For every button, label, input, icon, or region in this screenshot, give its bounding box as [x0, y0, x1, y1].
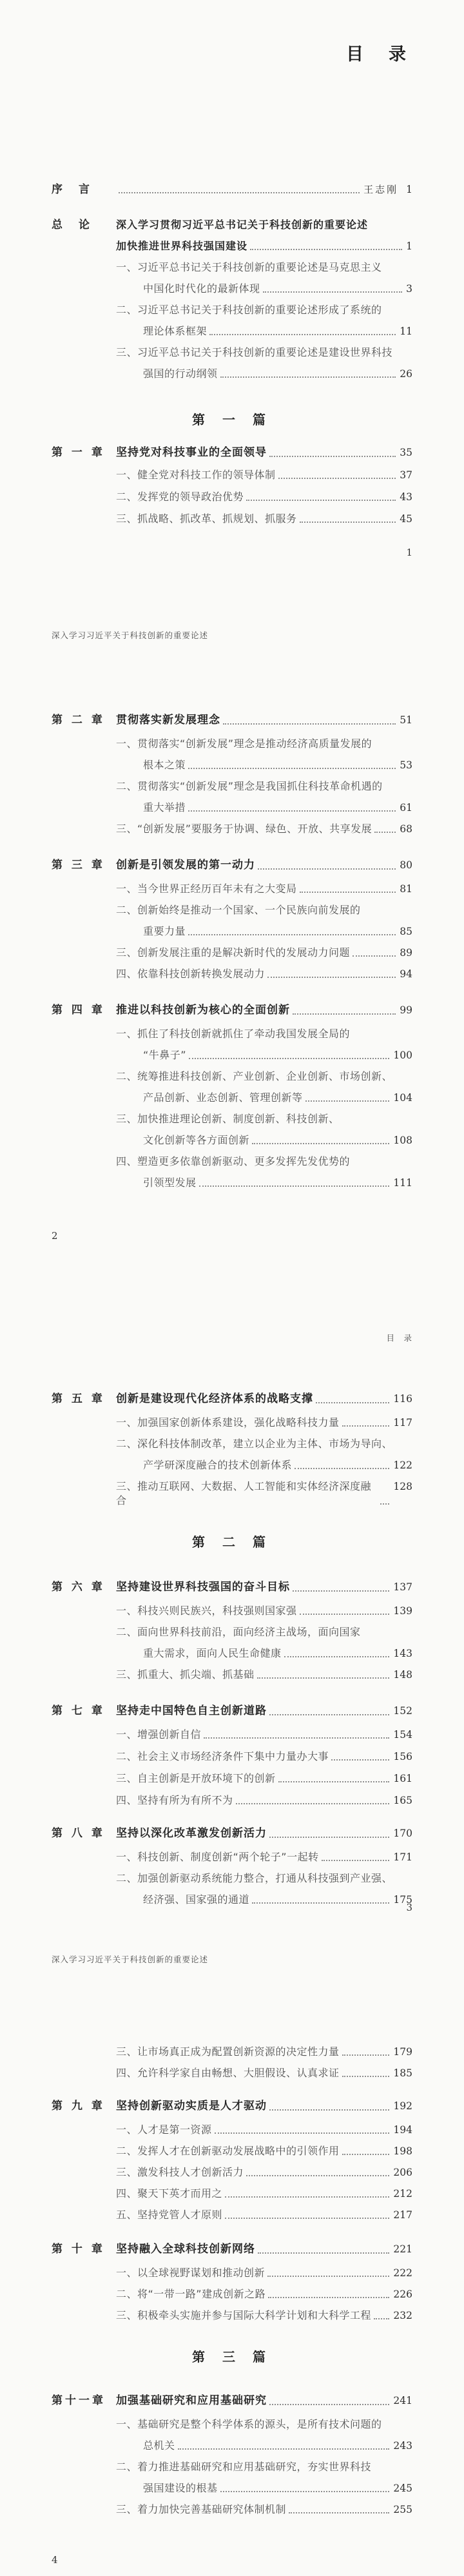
- toc-item-continuation: 总机关 243: [52, 2439, 412, 2453]
- chapter-title: 坚持走中国特色自主创新道路: [116, 1703, 267, 1719]
- toc-item: 一、科技创新、制度创新“两个轮子”一起转 171: [52, 1850, 412, 1864]
- folio-page-number: 1: [406, 547, 412, 558]
- toc-item: 三、自主创新是开放环境下的创新 161: [52, 1771, 412, 1786]
- toc-item: 三、抓重大、抓尖端、抓基础 148: [52, 1668, 412, 1682]
- part-heading-1: 第 一 篇: [52, 410, 412, 429]
- page-number: 212: [393, 2187, 412, 2201]
- chapter-label: 第 十 章: [52, 2241, 116, 2257]
- author-name: 王志刚: [363, 182, 398, 197]
- toc-page-1: 序 言 王志刚 1 总 论 深入学习贯彻习近平总书记关于科技创新的重要论述 加快…: [0, 0, 464, 638]
- toc-item: 二、发挥党的领导政治优势 43: [52, 490, 412, 504]
- page-number: 137: [393, 1579, 412, 1595]
- dot-leader: [284, 1656, 390, 1657]
- page-number: 221: [393, 2241, 412, 2257]
- page-number: 128: [393, 1479, 412, 1494]
- page-number: 161: [393, 1771, 412, 1786]
- toc-item: 一、基础研究是整个科学体系的源头，是所有技术问题的: [52, 2417, 412, 2432]
- dot-leader: [300, 892, 396, 893]
- toc-item: 三、激发科技人才创新活力 206: [52, 2165, 412, 2180]
- running-header: 目 录: [52, 1333, 412, 1343]
- page-number: 179: [393, 2045, 412, 2059]
- page-number: 99: [400, 1002, 412, 1018]
- page-number: 232: [393, 2308, 412, 2323]
- toc-item: 一、人才是第一资源 194: [52, 2123, 412, 2137]
- page-number: 100: [393, 1048, 412, 1062]
- toc-item: 二、习近平总书记关于科技创新的重要论述形成了系统的: [52, 303, 412, 317]
- toc-item: 一、抓住了科技创新就抓住了牵动我国发展全局的: [52, 1027, 412, 1041]
- dot-leader: [267, 2276, 389, 2277]
- dot-leader: [269, 2109, 389, 2111]
- dot-leader: [269, 1837, 389, 1838]
- dot-leader: [246, 500, 396, 501]
- chapter-label: 第 八 章: [52, 1826, 116, 1841]
- dot-leader: [269, 1714, 389, 1715]
- dot-leader: [199, 1186, 390, 1187]
- toc-item: 一、科技兴则民族兴，科技强则国家强 139: [52, 1604, 412, 1618]
- page-number: 111: [393, 1176, 412, 1190]
- page-number: 3: [406, 282, 412, 296]
- dot-leader: [178, 2448, 390, 2450]
- dot-leader: [293, 1590, 389, 1592]
- preface-label: 序 言: [52, 182, 116, 197]
- dot-leader: [204, 1737, 389, 1739]
- toc-item: 一、当今世界正经历百年未有之大变局 81: [52, 882, 412, 896]
- page-number: 206: [393, 2165, 412, 2180]
- page-number: 68: [400, 822, 412, 836]
- toc-item-continuation: 重大举措 61: [52, 801, 412, 815]
- preface-entry: 序 言 王志刚 1: [52, 182, 412, 197]
- page-number: 171: [393, 1850, 412, 1864]
- toc-item: 三、积极牵头实施并参与国际大科学计划和大科学工程 232: [52, 2308, 412, 2323]
- chapter-title: 推进以科技创新为核心的全面创新: [116, 1002, 290, 1018]
- page-number: 89: [400, 946, 412, 960]
- page-number: 156: [393, 1750, 412, 1764]
- running-header: 深入学习习近平关于科技创新的重要论述: [52, 1955, 412, 1965]
- page-number: 217: [393, 2208, 412, 2222]
- page-number: 51: [400, 712, 412, 728]
- page-number: 245: [393, 2481, 412, 2495]
- toc-item-continuation: 重要力量 85: [52, 924, 412, 939]
- toc-item: 四、塑造更多依靠创新驱动、更多发挥先发优势的: [52, 1155, 412, 1169]
- toc-item: 二、创新始终是推动一个国家、一个民族向前发展的: [52, 903, 412, 917]
- page-number: 194: [393, 2123, 412, 2137]
- toc-item: 一、习近平总书记关于科技创新的重要论述是马克思主义: [52, 260, 412, 275]
- chapter-title: 加强基础研究和应用基础研究: [116, 2393, 267, 2408]
- dot-leader: [342, 2054, 390, 2056]
- toc-item: 四、允许科学家自由畅想、大胆假设、认真求证 185: [52, 2066, 412, 2080]
- toc-item-continuation: 产品创新、业态创新、管理创新等 104: [52, 1091, 412, 1105]
- chapter-entry: 第 九 章 坚持创新驱动实质是人才驱动 192: [52, 2098, 412, 2114]
- dot-leader: [225, 2218, 389, 2219]
- dot-leader: [225, 2196, 389, 2198]
- dot-leader: [252, 1902, 389, 1904]
- dot-leader: [220, 376, 396, 378]
- chapter-entry: 第 七 章 坚持走中国特色自主创新道路 152: [52, 1703, 412, 1719]
- dot-leader: [189, 1058, 389, 1059]
- page-number: 139: [393, 1604, 412, 1618]
- chapter-title: 坚持以深化改革激发创新活力: [116, 1826, 267, 1841]
- page-number: 37: [400, 468, 412, 482]
- page-number: 80: [400, 857, 412, 873]
- part-heading-3: 第 三 篇: [52, 2347, 412, 2366]
- toc-item: 二、将“一带一路”建成创新之路 226: [52, 2287, 412, 2301]
- chapter-label: 第 七 章: [52, 1703, 116, 1719]
- dot-leader: [250, 249, 402, 250]
- chapter-title: 创新是建设现代化经济体系的战略支撑: [116, 1391, 313, 1407]
- dot-leader: [342, 1425, 390, 1427]
- folio-page-number: 3: [406, 1902, 412, 1913]
- toc-item: 二、发挥人才在创新驱动发展战略中的引领作用 198: [52, 2144, 412, 2158]
- dot-leader: [220, 2491, 390, 2492]
- dot-leader: [269, 2404, 389, 2405]
- toc-item-continuation: 引领型发展 111: [52, 1176, 412, 1190]
- toc-item: 三、抓战略、抓改革、抓规划、抓服务 45: [52, 512, 412, 526]
- toc-item: 一、以全球视野谋划和推动创新 222: [52, 2266, 412, 2280]
- chapter-label: 第 九 章: [52, 2098, 116, 2114]
- toc-item: 一、贯彻落实“创新发展”理念是推动经济高质量发展的: [52, 737, 412, 751]
- page-number: 45: [400, 512, 412, 526]
- page-number: 43: [400, 490, 412, 504]
- page-number: 198: [393, 2144, 412, 2158]
- dot-leader: [258, 2252, 389, 2254]
- dot-leader: [374, 2318, 389, 2319]
- dot-leader: [342, 2076, 390, 2077]
- chapter-entry: 第 五 章 创新是建设现代化经济体系的战略支撑 116: [52, 1391, 412, 1407]
- page-number: 170: [393, 1826, 412, 1841]
- chapter-label: 第 一 章: [52, 445, 116, 460]
- chapter-label: 第 五 章: [52, 1391, 116, 1407]
- folio-page-number: 2: [52, 1230, 58, 1242]
- dot-leader: [269, 456, 396, 457]
- toc-item: 一、健全党对科技工作的领导体制 37: [52, 468, 412, 482]
- toc-item: 四、依靠科技创新转换发展动力 94: [52, 967, 412, 981]
- toc-item: 二、加强创新驱动系统能力整合，打通从科技强到产业强、: [52, 1871, 412, 1886]
- chapter-title: 坚持建设世界科技强国的奋斗目标: [116, 1579, 290, 1595]
- dot-leader: [278, 478, 396, 479]
- toc-item: 一、加强国家创新体系建设，强化战略科技力量 117: [52, 1416, 412, 1430]
- chapter-entry: 第 一 章 坚持党对科技事业的全面领导 35: [52, 445, 412, 460]
- page-number: 255: [393, 2503, 412, 2517]
- chapter-entry: 第 四 章 推进以科技创新为核心的全面创新 99: [52, 1002, 412, 1018]
- toc-item: 三、习近平总书记关于科技创新的重要论述是建设世界科技: [52, 346, 412, 360]
- overview-entry-continuation: 加快推进世界科技强国建设 1: [52, 239, 412, 253]
- page-number: 222: [393, 2266, 412, 2280]
- dot-leader: [188, 768, 396, 769]
- dot-leader: [342, 2154, 390, 2155]
- page-number: 154: [393, 1728, 412, 1742]
- toc-item: 二、统筹推进科技创新、产业创新、企业创新、市场创新、: [52, 1069, 412, 1084]
- toc-item-continuation: 根本之策 53: [52, 758, 412, 772]
- chapter-label: 第 三 章: [52, 857, 116, 873]
- page-number: 26: [400, 367, 412, 381]
- chapter-entry: 第 三 章 创新是引领发展的第一动力 80: [52, 857, 412, 873]
- chapter-title: 创新是引领发展的第一动力: [116, 857, 255, 873]
- dot-leader: [295, 1468, 389, 1469]
- toc-item: 二、深化科技体制改革，建立以企业为主体、市场为导向、: [52, 1437, 412, 1451]
- chapter-label: 第 二 章: [52, 712, 116, 728]
- toc-item: 二、着力推进基础研究和应用基础研究，夯实世界科技: [52, 2460, 412, 2474]
- chapter-title: 坚持党对科技事业的全面领导: [116, 445, 267, 460]
- dot-leader: [258, 868, 396, 870]
- chapter-entry: 第 十 章 坚持融入全球科技创新网络 221: [52, 2241, 412, 2257]
- dot-leader: [246, 2175, 389, 2176]
- overview-title-line: 深入学习贯彻习近平总书记关于科技创新的重要论述: [116, 218, 368, 232]
- dot-leader: [188, 810, 396, 812]
- page-number: 116: [393, 1391, 412, 1407]
- dot-leader: [236, 1803, 390, 1804]
- dot-leader: [215, 2132, 390, 2134]
- page-number: 104: [393, 1091, 412, 1105]
- page-number: 241: [393, 2393, 412, 2408]
- page-number: 85: [400, 924, 412, 939]
- dot-leader: [293, 1013, 396, 1015]
- toc-item: 三、加快推进理论创新、制度创新、科技创新、: [52, 1112, 412, 1126]
- dot-leader: [263, 291, 403, 293]
- dot-leader: [316, 1402, 389, 1403]
- dot-leader: [300, 522, 396, 523]
- part-heading-2: 第 二 篇: [52, 1532, 412, 1552]
- dot-leader: [268, 2297, 389, 2298]
- dot-leader: [322, 1860, 390, 1861]
- overview-label: 总 论: [52, 218, 116, 232]
- page-number: 192: [393, 2098, 412, 2114]
- toc-item: 一、增强创新自信 154: [52, 1728, 412, 1742]
- dot-leader: [267, 977, 396, 978]
- dot-leader: [119, 192, 360, 193]
- chapter-entry: 第 六 章 坚持建设世界科技强国的奋斗目标 137: [52, 1579, 412, 1595]
- toc-item-continuation: 强国的行动纲领 26: [52, 367, 412, 381]
- toc-item-continuation: “牛鼻子” 100: [52, 1048, 412, 1062]
- dot-leader: [305, 1100, 390, 1102]
- page-number: 117: [393, 1416, 412, 1430]
- toc-item-continuation: 中国化时代化的最新体现 3: [52, 282, 412, 296]
- dot-leader: [209, 334, 396, 335]
- page-number: 243: [393, 2439, 412, 2453]
- page-number: 108: [393, 1133, 412, 1147]
- toc-page-2: 深入学习习近平关于科技创新的重要论述 第 二 章 贯彻落实新发展理念 51 一、…: [0, 630, 464, 1283]
- dot-leader: [353, 955, 396, 957]
- folio-page-number: 4: [52, 2554, 58, 2566]
- page-number: 81: [400, 882, 412, 896]
- page-number: 35: [400, 445, 412, 460]
- dot-leader: [257, 1677, 390, 1679]
- page-number: 11: [400, 324, 412, 338]
- toc-item-continuation: 重大需求，面向人民生命健康 143: [52, 1646, 412, 1661]
- page-number: 226: [393, 2287, 412, 2301]
- page-number: 185: [393, 2066, 412, 2080]
- toc-item: 三、着力加快完善基础研究体制机制 255: [52, 2503, 412, 2517]
- chapter-entry: 第十一章 加强基础研究和应用基础研究 241: [52, 2393, 412, 2408]
- page-number: 122: [393, 1458, 412, 1472]
- toc-item-continuation: 强国建设的根基 245: [52, 2481, 412, 2495]
- page-number: 165: [393, 1793, 412, 1808]
- toc-item: 三、“创新发展”要服务于协调、绿色、开放、共享发展 68: [52, 822, 412, 836]
- chapter-label: 第 四 章: [52, 1002, 116, 1018]
- page-number: 61: [400, 801, 412, 815]
- toc-page-4: 深入学习习近平关于科技创新的重要论述 三、让市场真正成为配置创新资源的决定性力量…: [0, 1955, 464, 2576]
- running-header: 深入学习习近平关于科技创新的重要论述: [52, 630, 412, 641]
- dot-leader: [289, 2512, 389, 2513]
- toc-item: 四、坚持有所为有所不为 165: [52, 1793, 412, 1808]
- page-number: 1: [406, 182, 412, 197]
- toc-item: 三、推动互联网、大数据、人工智能和实体经济深度融合 128: [52, 1479, 412, 1508]
- chapter-title: 贯彻落实新发展理念: [116, 712, 220, 728]
- toc-item: 四、聚天下英才而用之 212: [52, 2187, 412, 2201]
- page-number: 53: [400, 758, 412, 772]
- chapter-entry: 第 二 章 贯彻落实新发展理念 51: [52, 712, 412, 728]
- chapter-entry: 第 八 章 坚持以深化改革激发创新活力 170: [52, 1826, 412, 1841]
- toc-item-continuation: 理论体系框架 11: [52, 324, 412, 338]
- toc-item: 三、创新发展注重的是解决新时代的发展动力问题 89: [52, 946, 412, 960]
- toc-item-continuation: 经济强、国家强的通道 175: [52, 1893, 412, 1907]
- dot-leader: [188, 934, 396, 935]
- page-number: 1: [406, 239, 412, 253]
- dot-leader: [223, 723, 396, 725]
- chapter-label: 第 六 章: [52, 1579, 116, 1595]
- toc-item: 二、社会主义市场经济条件下集中力量办大事 156: [52, 1750, 412, 1764]
- toc-item-continuation: 文化创新等各方面创新 108: [52, 1133, 412, 1147]
- dot-leader: [278, 1781, 390, 1782]
- page-number: 94: [400, 967, 412, 981]
- chapter-title: 坚持创新驱动实质是人才驱动: [116, 2098, 267, 2114]
- toc-item: 五、坚持党管人才原则 217: [52, 2208, 412, 2222]
- dot-leader: [300, 1614, 390, 1615]
- toc-item: 三、让市场真正成为配置创新资源的决定性力量 179: [52, 2045, 412, 2059]
- chapter-title: 坚持融入全球科技创新网络: [116, 2241, 255, 2257]
- page-number: 143: [393, 1646, 412, 1661]
- page-number: 148: [393, 1668, 412, 1682]
- toc-page-3: 目 录 第 五 章 创新是建设现代化经济体系的战略支撑 116 一、加强国家创新…: [0, 1333, 464, 1952]
- dot-leader: [331, 1759, 389, 1761]
- dot-leader: [252, 1143, 389, 1144]
- overview-entry: 总 论 深入学习贯彻习近平总书记关于科技创新的重要论述: [52, 218, 412, 232]
- dot-leader: [374, 832, 396, 833]
- toc-item-continuation: 产学研深度融合的技术创新体系 122: [52, 1458, 412, 1472]
- dot-leader: [380, 1503, 389, 1505]
- chapter-label: 第十一章: [52, 2393, 116, 2408]
- toc-item: 二、面向世界科技前沿，面向经济主战场，面向国家: [52, 1625, 412, 1639]
- toc-item: 二、贯彻落实“创新发展”理念是我国抓住科技革命机遇的: [52, 779, 412, 794]
- page-number: 152: [393, 1703, 412, 1719]
